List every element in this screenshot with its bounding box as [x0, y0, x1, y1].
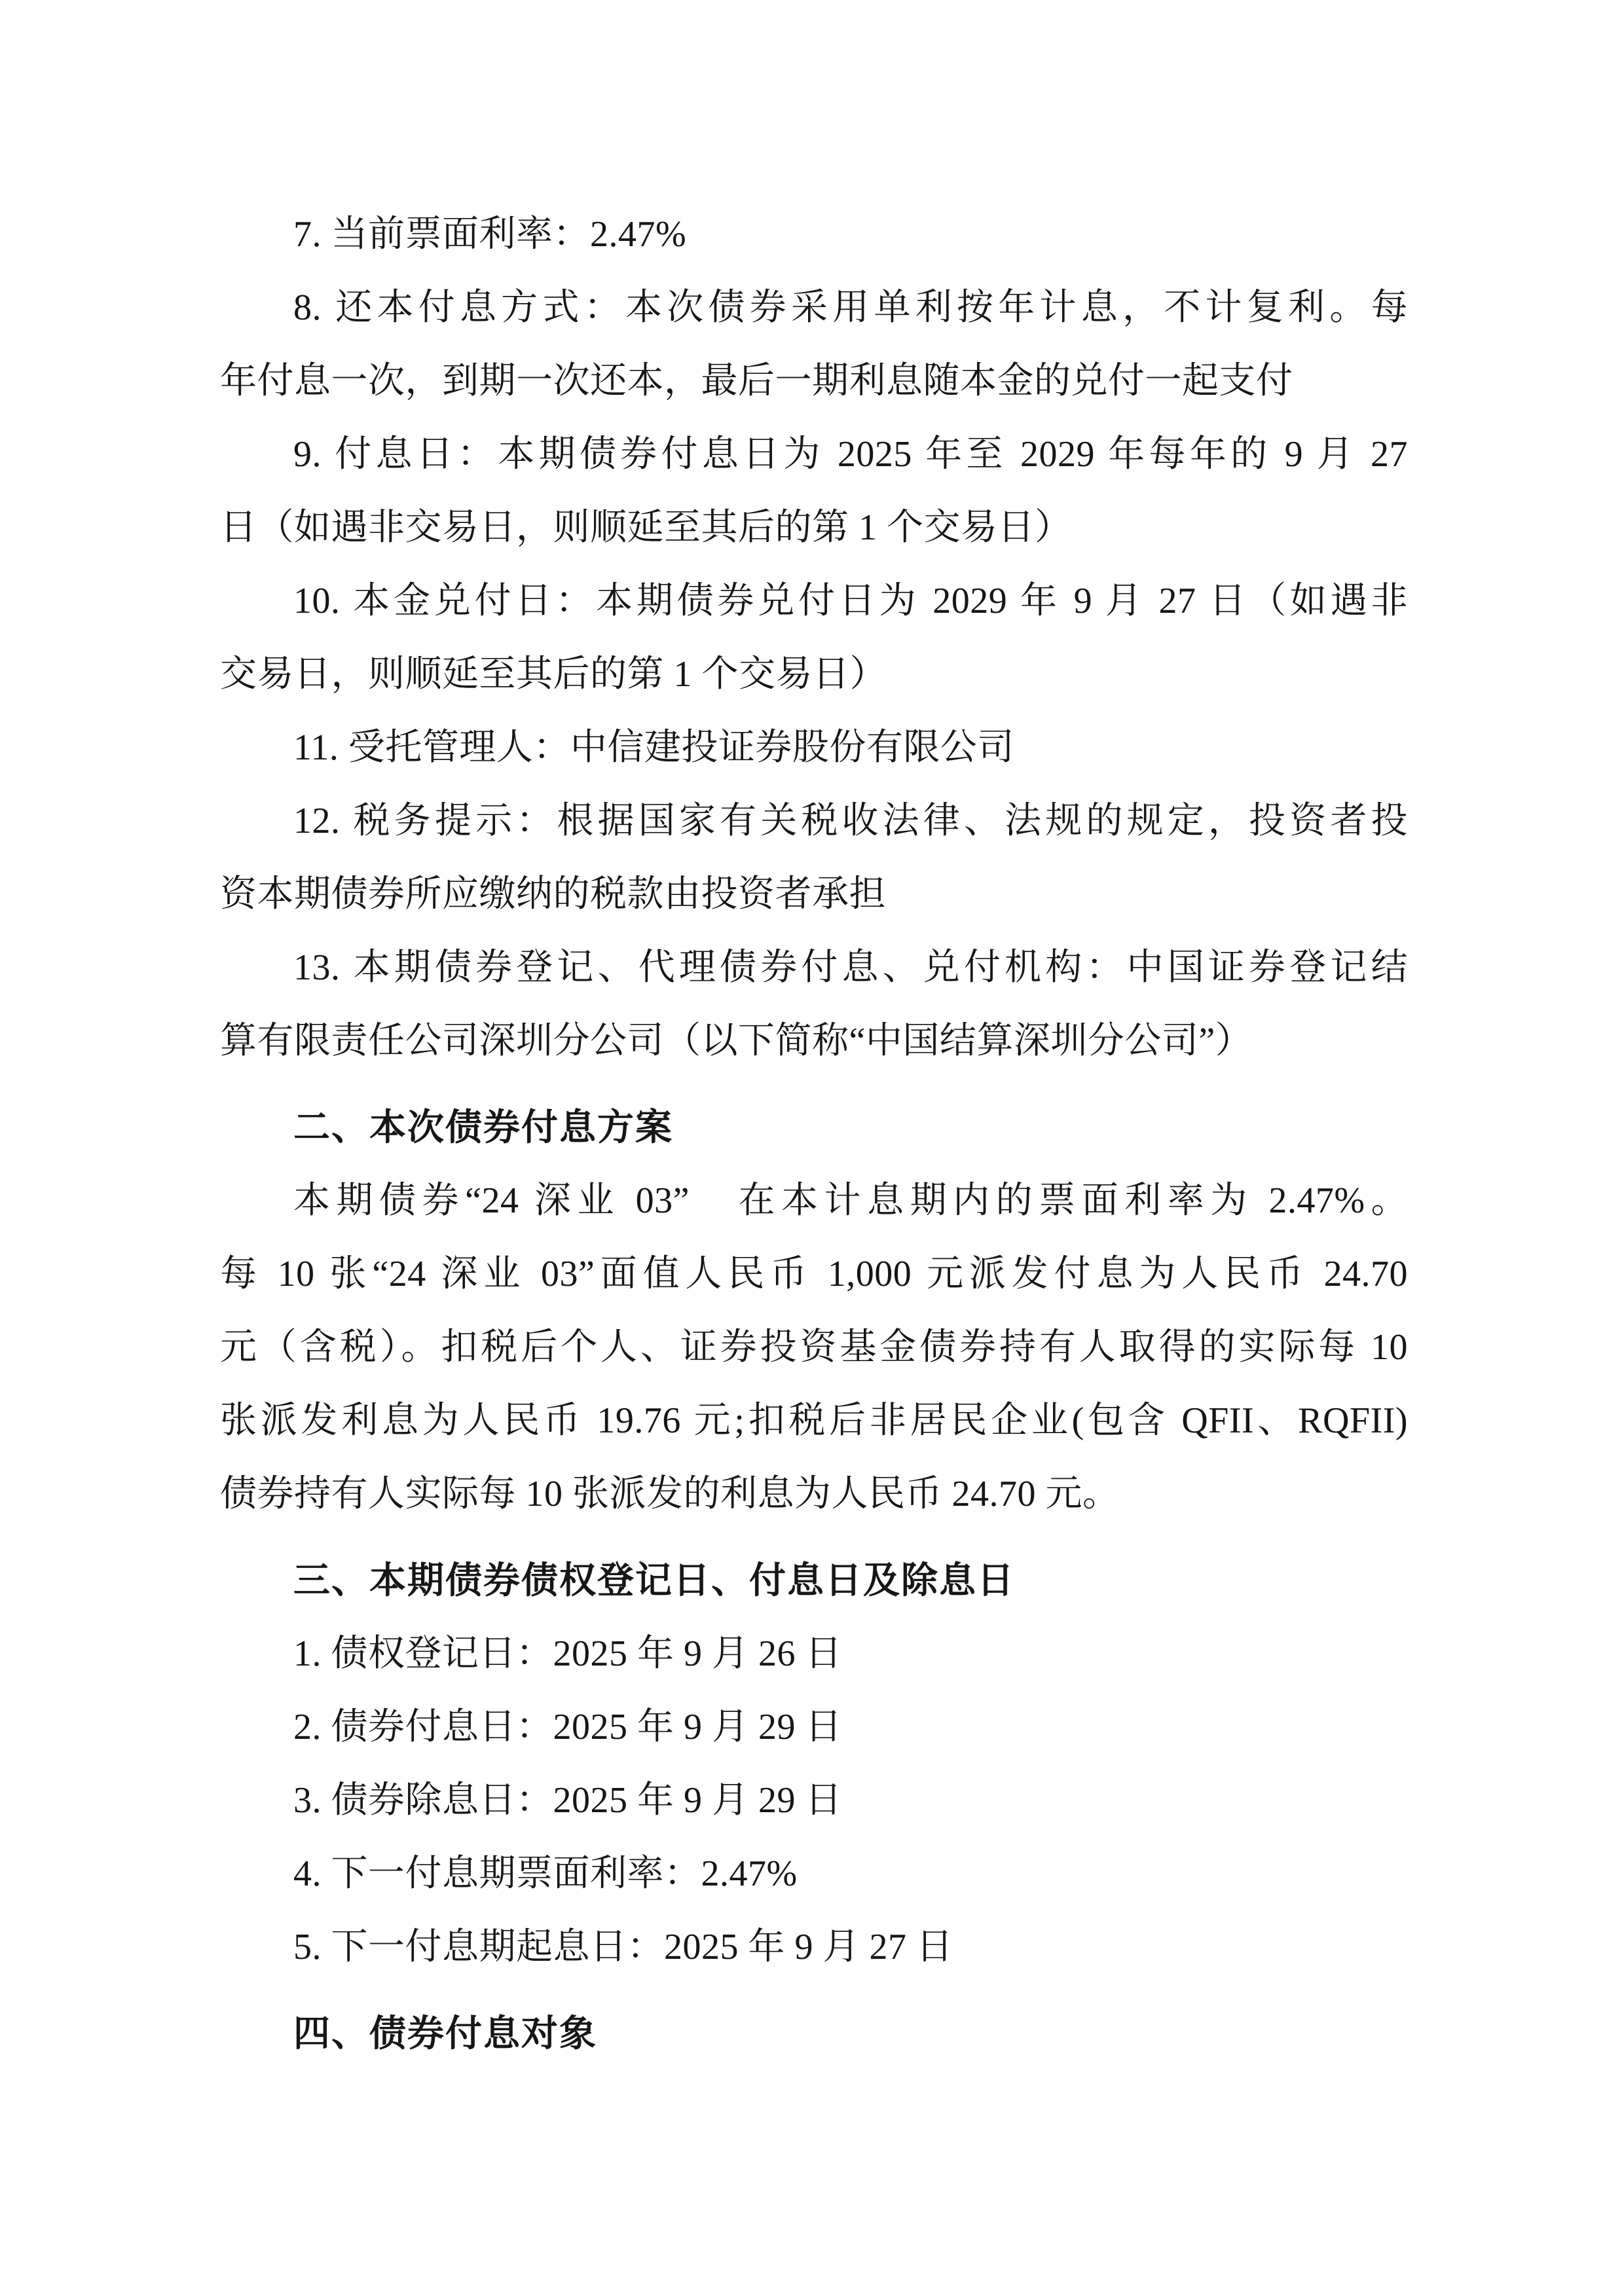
section-heading-4: 四、债券付息对象	[220, 1997, 1408, 2070]
payment-plan-line-3: 元（含税）。扣税后个人、证券投资基金债券持有人取得的实际每 10	[220, 1311, 1408, 1384]
section-heading-3: 三、本期债券债权登记日、付息日及除息日	[220, 1544, 1408, 1617]
item-12-continuation: 资本期债券所应缴纳的税款由投资者承担	[220, 858, 1408, 931]
item-2-payment-date: 2. 债券付息日：2025 年 9 月 29 日	[220, 1690, 1408, 1764]
item-9-continuation: 日（如遇非交易日，则顺延至其后的第 1 个交易日）	[220, 491, 1408, 564]
payment-plan-line-4: 张派发利息为人民币 19.76 元;扣税后非居民企业(包含 QFII、RQFII…	[220, 1384, 1408, 1457]
section-heading-2: 二、本次债券付息方案	[220, 1091, 1408, 1164]
item-13-continuation: 算有限责任公司深圳分公司（以下简称“中国结算深圳分公司”）	[220, 1004, 1408, 1078]
document-page: 7. 当前票面利率：2.47% 8. 还本付息方式：本次债券采用单利按年计息，不…	[0, 0, 1624, 2296]
item-10-continuation: 交易日，则顺延至其后的第 1 个交易日）	[220, 638, 1408, 711]
item-13-registrar: 13. 本期债券登记、代理债券付息、兑付机构：中国证券登记结	[220, 931, 1408, 1004]
item-8-continuation: 年付息一次，到期一次还本，最后一期利息随本金的兑付一起支付	[220, 344, 1408, 418]
item-4-next-coupon-rate: 4. 下一付息期票面利率：2.47%	[220, 1837, 1408, 1910]
item-12-tax-notice: 12. 税务提示：根据国家有关税收法律、法规的规定，投资者投	[220, 784, 1408, 858]
payment-plan-line-5: 债券持有人实际每 10 张派发的利息为人民币 24.70 元。	[220, 1457, 1408, 1531]
item-11-trustee: 11. 受托管理人：中信建投证券股份有限公司	[220, 711, 1408, 784]
document-text-block: 7. 当前票面利率：2.47% 8. 还本付息方式：本次债券采用单利按年计息，不…	[220, 198, 1408, 2070]
item-9-interest-payment-date: 9. 付息日：本期债券付息日为 2025 年至 2029 年每年的 9 月 27	[220, 418, 1408, 491]
item-10-principal-payment-date: 10. 本金兑付日：本期债券兑付日为 2029 年 9 月 27 日（如遇非	[220, 564, 1408, 638]
item-8-repayment-method: 8. 还本付息方式：本次债券采用单利按年计息，不计复利。每	[220, 271, 1408, 344]
payment-plan-line-2: 每 10 张“24 深业 03”面值人民币 1,000 元派发付息为人民币 24…	[220, 1237, 1408, 1311]
item-3-ex-interest-date: 3. 债券除息日：2025 年 9 月 29 日	[220, 1764, 1408, 1837]
payment-plan-line-1: 本期债券“24 深业 03” 在本计息期内的票面利率为 2.47%。	[220, 1164, 1408, 1237]
item-5-next-accrual-date: 5. 下一付息期起息日：2025 年 9 月 27 日	[220, 1910, 1408, 1984]
item-1-record-date: 1. 债权登记日：2025 年 9 月 26 日	[220, 1617, 1408, 1690]
item-7-coupon-rate: 7. 当前票面利率：2.47%	[220, 198, 1408, 271]
